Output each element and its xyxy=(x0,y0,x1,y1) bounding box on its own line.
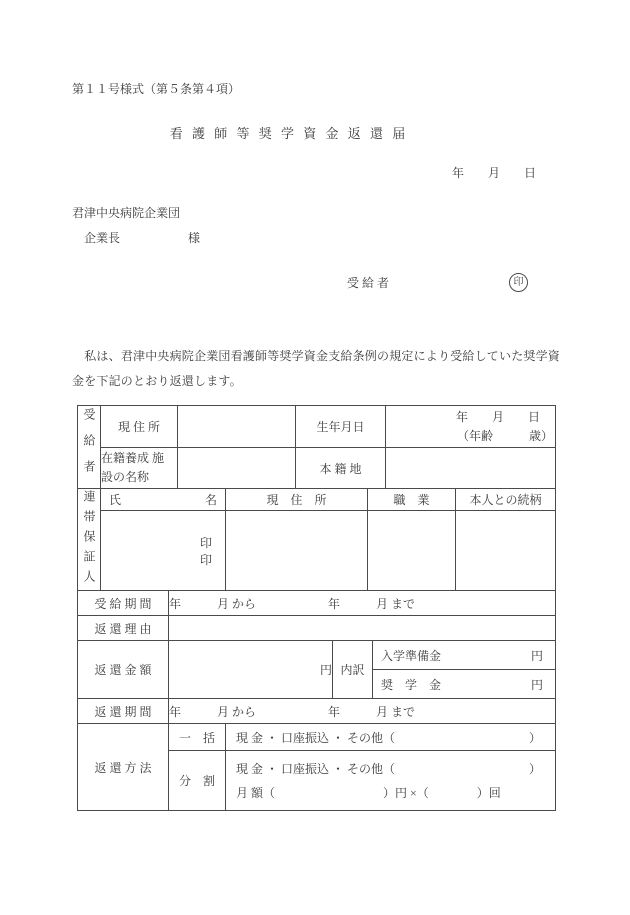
lump-sum-close-paren: ） xyxy=(529,729,541,746)
guarantor-relation-input-area xyxy=(456,511,556,591)
breakdown-label: 内訳 xyxy=(333,641,373,699)
installment-label: 分 割 xyxy=(169,751,226,811)
guarantor-seal-2: 印 xyxy=(200,551,212,568)
return-amount-label: 返 還 金 額 xyxy=(78,641,169,699)
guarantor-address-header: 現 住 所 xyxy=(226,489,368,511)
recipient-side-label-text: 受給者 xyxy=(83,408,95,486)
current-address-input-area xyxy=(178,406,296,448)
breakdown-item2-cell: 奨 学 金 円 xyxy=(373,670,556,699)
guarantor-side-label: 連帯保証人 xyxy=(78,489,101,591)
return-method-label: 返 還 方 法 xyxy=(78,724,169,811)
training-facility-label-line2: 設の名称 xyxy=(101,470,149,484)
seal-icon: 印 xyxy=(509,273,528,292)
guarantor-name-header: 氏 名 xyxy=(101,489,226,511)
return-period-label: 返 還 期 間 xyxy=(78,699,169,724)
seal-glyph: 印 xyxy=(514,278,524,288)
guarantor-job-input-area xyxy=(368,511,456,591)
breakdown-item2-label: 奨 学 金 xyxy=(381,676,441,693)
birthdate-value-cell: 年 月 日 （年齢 歳） xyxy=(386,406,556,448)
date-line: 年 月 日 xyxy=(452,167,536,179)
return-amount-unit: 円 xyxy=(169,641,333,699)
current-address-label: 現 住 所 xyxy=(101,406,178,448)
recipient-side-label: 受給者 xyxy=(78,406,101,489)
guarantor-side-label-text: 連帯保証人 xyxy=(83,490,95,590)
addressee-org: 君津中央病院企業団 xyxy=(72,207,180,219)
lump-sum-options: 現 金 ・ 口座振込 ・ その他（ xyxy=(236,729,395,746)
installment-options-cell: 現 金 ・ 口座振込 ・ その他（ ） 月 額（ ）円 ×（ ）回 xyxy=(226,751,556,811)
guarantor-address-input-area xyxy=(226,511,368,591)
grant-period-label: 受 給 期 間 xyxy=(78,591,169,616)
form-table: 受給者 現 住 所 生年月日 年 月 日 （年齢 歳） 在籍養成 施 設の名称 … xyxy=(77,405,556,811)
training-facility-label-line1: 在籍養成 施 xyxy=(101,451,164,465)
addressee-title: 企業長 xyxy=(84,232,120,244)
form-number: 第１１号様式（第５条第４項） xyxy=(72,83,240,95)
body-paragraph: 私は、君津中央病院企業団看護師等奨学資金支給条例の規定により受給していた奨学資金… xyxy=(72,344,564,394)
registered-domicile-label: 本 籍 地 xyxy=(296,448,386,489)
form-title: 看 護 師 等 奨 学 資 金 返 還 届 xyxy=(0,127,578,140)
breakdown-item1-label: 入学準備金 xyxy=(381,647,441,664)
lump-sum-label: 一 括 xyxy=(169,724,226,751)
guarantor-relation-header: 本人との続柄 xyxy=(456,489,556,511)
installment-monthly-line: 月 額（ ）円 ×（ ）回 xyxy=(226,784,555,801)
birthdate-label: 生年月日 xyxy=(296,406,386,448)
guarantor-seal-1: 印 xyxy=(200,534,212,551)
return-reason-label: 返 還 理 由 xyxy=(78,616,169,641)
birthdate-age: （年齢 歳） xyxy=(386,427,555,446)
document-page: 第１１号様式（第５条第４項） 看 護 師 等 奨 学 資 金 返 還 届 年 月… xyxy=(0,0,630,915)
installment-close-paren: ） xyxy=(529,760,541,777)
breakdown-item1-cell: 入学準備金 円 xyxy=(373,641,556,670)
training-facility-input-area xyxy=(178,448,296,489)
addressee-honorific: 様 xyxy=(188,232,200,244)
lump-sum-options-cell: 現 金 ・ 口座振込 ・ その他（ ） xyxy=(226,724,556,751)
installment-options: 現 金 ・ 口座振込 ・ その他（ xyxy=(236,760,395,777)
birthdate-ymd: 年 月 日 xyxy=(386,408,555,427)
guarantor-name-input-area: 印 印 xyxy=(101,511,226,591)
grant-period-value: 年 月 から 年 月 まで xyxy=(169,591,556,616)
breakdown-item1-unit: 円 xyxy=(531,647,543,664)
breakdown-item2-unit: 円 xyxy=(531,676,543,693)
recipient-signer-label: 受 給 者 xyxy=(347,277,389,289)
training-facility-label: 在籍養成 施 設の名称 xyxy=(101,448,178,489)
guarantor-job-header: 職 業 xyxy=(368,489,456,511)
registered-domicile-input-area xyxy=(386,448,556,489)
return-reason-input-area xyxy=(169,616,556,641)
return-period-value: 年 月 から 年 月 まで xyxy=(169,699,556,724)
